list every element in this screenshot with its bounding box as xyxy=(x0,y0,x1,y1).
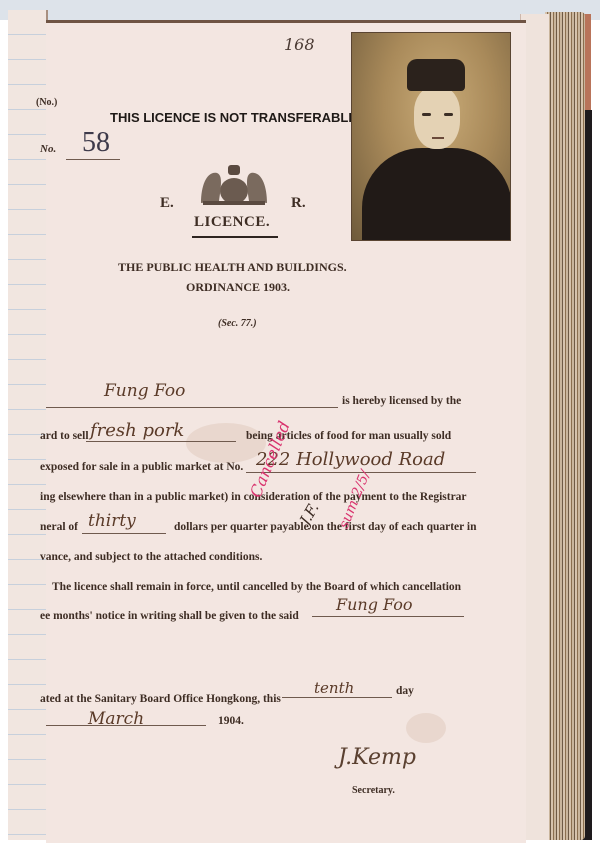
licence-number-label: No. xyxy=(40,143,56,155)
secretary-signature: J.Kemp xyxy=(338,745,416,770)
section-reference: (Sec. 77.) xyxy=(218,318,257,329)
header-prefix: (No.) xyxy=(36,97,57,108)
portrait-jacket xyxy=(362,148,511,241)
body-line-5-prefix: neral of xyxy=(40,521,78,533)
ordinance-line-2: ORDINANCE 1903. xyxy=(186,280,290,295)
left-facing-page xyxy=(8,10,48,840)
dated-day: tenth xyxy=(314,679,354,697)
body-line-7: The licence shall remain in force, until… xyxy=(52,581,461,593)
fee-amount: thirty xyxy=(88,511,136,531)
not-transferable-notice: THIS LICENCE IS NOT TRANSFERABLE xyxy=(110,110,357,125)
body-line-8-prefix: ee months' notice in writing shall be gi… xyxy=(40,610,299,622)
dated-month: March xyxy=(88,709,144,729)
licensee-name: Fung Foo xyxy=(104,381,185,401)
body-line-6: vance, and subject to the attached condi… xyxy=(40,551,262,563)
dated-year: 1904. xyxy=(218,715,244,727)
page-number: 168 xyxy=(284,35,315,54)
document-photo: 168 (No.) No. 58 THIS LICENCE IS NOT TRA… xyxy=(0,0,600,851)
licence-title: LICENCE. xyxy=(194,214,270,231)
body-line-1: is hereby licensed by the xyxy=(342,395,461,407)
body-line-3-prefix: exposed for sale in a public market at N… xyxy=(40,461,243,473)
licence-number: 58 xyxy=(82,127,110,159)
royal-cipher-r: R. xyxy=(291,195,306,212)
market-address: 222 Hollywood Road xyxy=(256,449,445,470)
royal-cipher-e: E. xyxy=(160,195,174,212)
body-line-2-prefix: ard to sell xyxy=(40,430,89,442)
portrait-face xyxy=(414,87,460,149)
licensed-article: fresh pork xyxy=(90,420,184,441)
secretary-title: Secretary. xyxy=(352,785,395,796)
notice-name: Fung Foo xyxy=(336,595,413,614)
ordinance-line-1: THE PUBLIC HEALTH AND BUILDINGS. xyxy=(118,260,347,275)
dated-day-label: day xyxy=(396,685,414,697)
dated-prefix: ated at the Sanitary Board Office Hongko… xyxy=(40,693,281,705)
licensee-portrait-photo xyxy=(351,32,511,241)
page-edges-stack xyxy=(545,12,585,840)
royal-crest-icon xyxy=(193,161,275,207)
portrait-cap xyxy=(407,59,465,91)
body-line-5: dollars per quarter payable on the first… xyxy=(174,521,477,533)
background xyxy=(0,0,600,20)
